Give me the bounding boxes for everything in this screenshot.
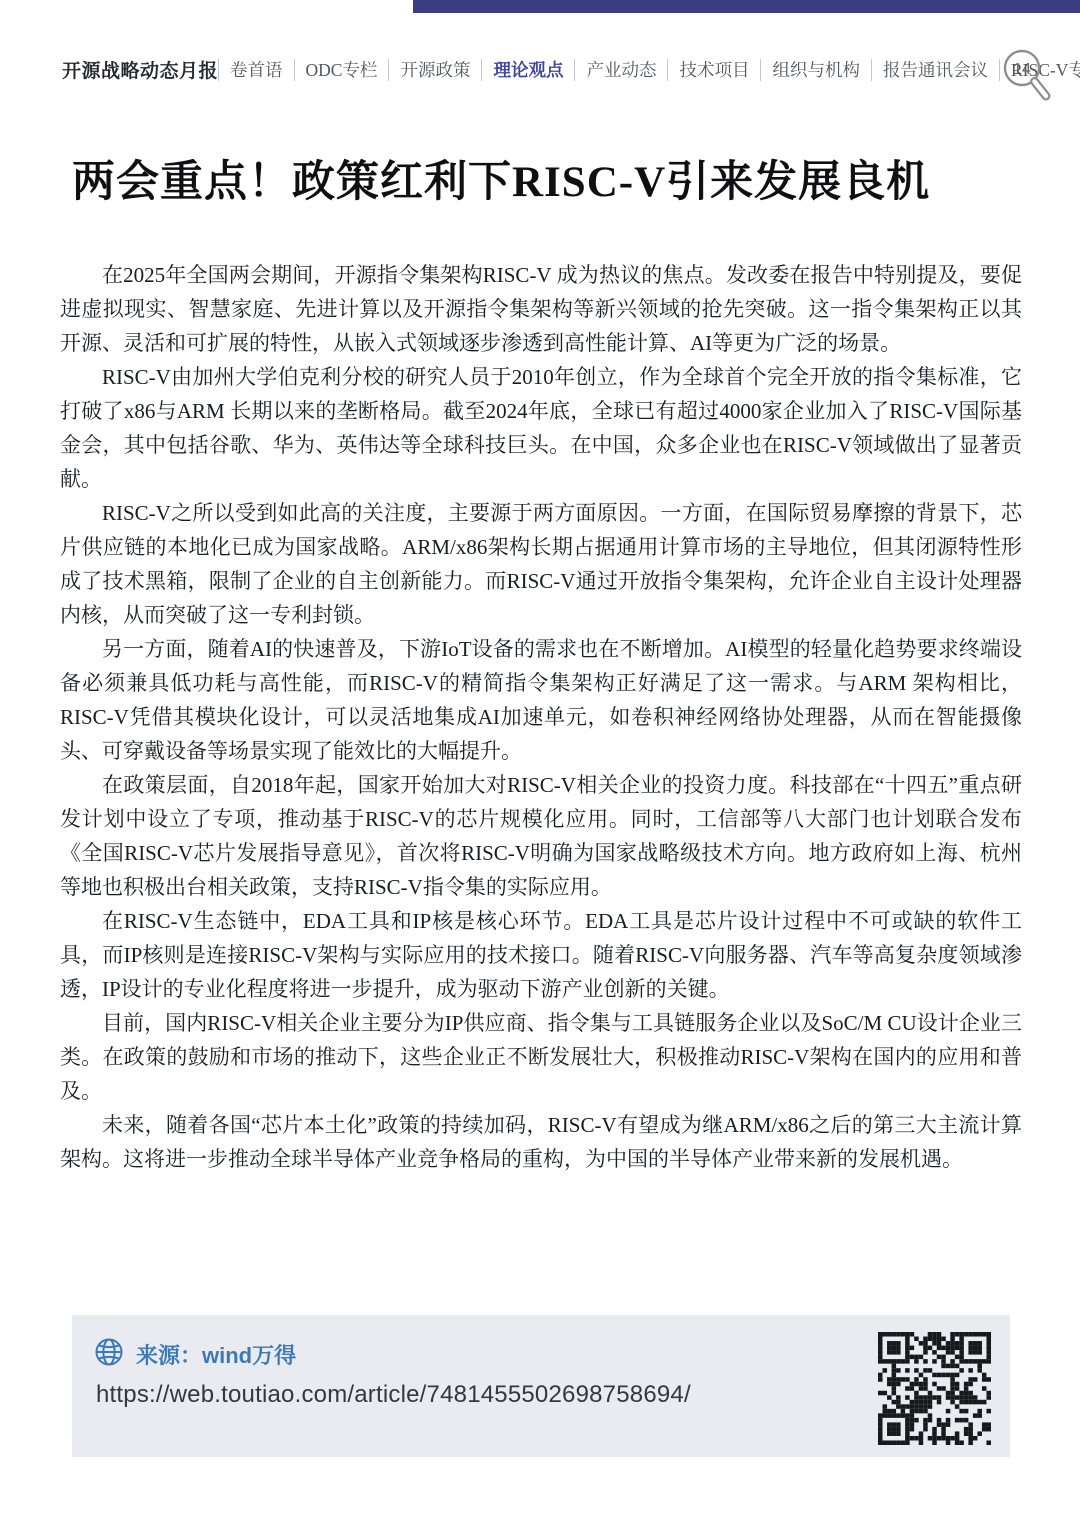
source-label: 来源：wind万得 — [136, 1339, 296, 1370]
tab-theory-view[interactable]: 理论观点 — [481, 59, 574, 81]
paragraph: 另一方面，随着AI的快速普及，下游IoT设备的需求也在不断增加。AI模型的轻量化… — [60, 632, 1022, 768]
publication-title: 开源战略动态月报 — [62, 56, 218, 83]
tab-organizations[interactable]: 组织与机构 — [760, 59, 871, 81]
magazine-page: 开源战略动态月报 卷首语 ODC专栏 开源政策 理论观点 产业动态 技术项目 组… — [0, 0, 1080, 1528]
source-box: 来源：wind万得 https://web.toutiao.com/articl… — [72, 1315, 1010, 1457]
paragraph: 在RISC-V生态链中，EDA工具和IP核是核心环节。EDA工具是芯片设计过程中… — [60, 904, 1022, 1006]
paragraph: 在2025年全国两会期间，开源指令集架构RISC-V 成为热议的焦点。发改委在报… — [60, 258, 1022, 360]
page-number: 14 — [1013, 61, 1031, 78]
paragraph: 目前，国内RISC-V相关企业主要分为IP供应商、指令集与工具链服务企业以及So… — [60, 1006, 1022, 1108]
article-body: 在2025年全国两会期间，开源指令集架构RISC-V 成为热议的焦点。发改委在报… — [60, 258, 1022, 1176]
tab-industry[interactable]: 产业动态 — [574, 59, 667, 81]
page-number-magnifier-icon[interactable]: 14 — [1000, 46, 1054, 108]
top-accent-bar — [413, 0, 1080, 13]
tab-open-policy[interactable]: 开源政策 — [388, 59, 481, 81]
paragraph: 在政策层面，自2018年起，国家开始加大对RISC-V相关企业的投资力度。科技部… — [60, 768, 1022, 904]
article-url-link[interactable]: https://web.toutiao.com/article/74814555… — [96, 1381, 691, 1409]
paragraph: 未来，随着各国“芯片本土化”政策的持续加码，RISC-V有望成为继ARM/x86… — [60, 1108, 1022, 1176]
tab-juanshouyu[interactable]: 卷首语 — [218, 59, 294, 81]
nav-tabs: 卷首语 ODC专栏 开源政策 理论观点 产业动态 技术项目 组织与机构 报告通讯… — [218, 59, 1080, 81]
globe-icon — [94, 1337, 124, 1372]
tab-odc-column[interactable]: ODC专栏 — [294, 59, 389, 81]
qr-code — [878, 1332, 991, 1445]
article-title: 两会重点！政策红利下RISC-V引来发展良机 — [72, 148, 1020, 209]
header-nav: 开源战略动态月报 卷首语 ODC专栏 开源政策 理论观点 产业动态 技术项目 组… — [62, 56, 990, 83]
tab-report-news[interactable]: 报告通讯会议 — [871, 59, 999, 81]
tab-tech-project[interactable]: 技术项目 — [667, 59, 760, 81]
source-row: 来源：wind万得 — [94, 1337, 296, 1372]
paragraph: RISC-V之所以受到如此高的关注度，主要源于两方面原因。一方面，在国际贸易摩擦… — [60, 496, 1022, 632]
paragraph: RISC-V由加州大学伯克利分校的研究人员于2010年创立，作为全球首个完全开放… — [60, 360, 1022, 496]
